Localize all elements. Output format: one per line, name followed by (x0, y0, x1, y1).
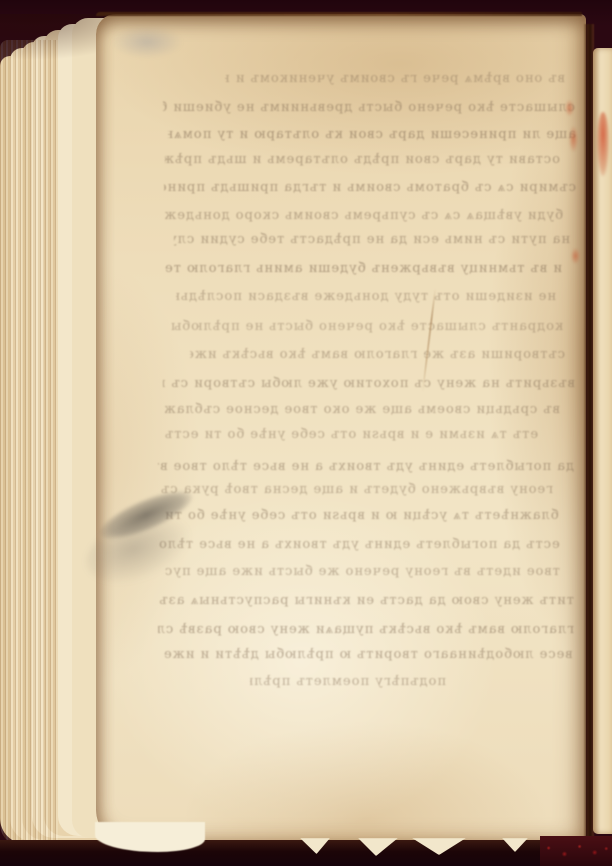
bleedthrough-line: титъ жену свою да дастъ еи кънигы распус… (154, 592, 574, 611)
red-bleed-spot (565, 100, 574, 116)
bleedthrough-line: сътвориши азъ же глаголю вамъ ѣко вьсѣкъ… (190, 347, 565, 366)
bleedthrough-line: да погыблетъ единъ удъ твоихъ а не вьсе … (158, 459, 574, 478)
bleedthrough-line: възьритъ на жену съ похотию уже любы сът… (163, 376, 575, 395)
bleedthrough-line: весе любодѣинааго творитъ ю прѣлюбы дѣѣт… (163, 647, 573, 666)
bleedthrough-line: и въ тьмницу въвьрженъ будеши аминь глаг… (164, 261, 562, 280)
bleedthrough-line: геону въврьжено будетъ и аще десна твоѣ … (160, 482, 553, 501)
bleedthrough-line: твое идетъ въ геону речено же бысть иже … (164, 564, 560, 583)
red-bleed-spot (569, 126, 578, 152)
bleedthrough-line: блажнѣетъ тѧ усѣци ю и врьѕи отъ себе ун… (164, 507, 559, 526)
bleedthrough-line: буди увѣщаѧ сѧ съ супьремь своимь скоро … (165, 207, 563, 226)
bleedthrough-line: подъпѣгу поемлетъ прѣлю (250, 674, 446, 693)
stamp-remnant (112, 26, 182, 58)
bleedthrough-line: слышасте ѣко речено бысть древьниимъ не … (163, 100, 575, 119)
bleedthrough-line: на пути съ нимь еси да не прѣдастъ тебе … (174, 232, 570, 251)
bleedthrough-line: глаголю вамъ ѣко вьсѣкъ пущаѧи жену свою… (158, 621, 574, 640)
bleedthrough-line: съмири сѧ съ братомь своимь и тъгда приш… (164, 179, 576, 198)
page-top-rim (96, 12, 582, 16)
bleedthrough-line: не изидеши отъ туду доньдеже въздаси пос… (176, 289, 556, 308)
binding-corner-red (540, 836, 612, 866)
bleedthrough-line: остави ту даръ свои прѣдъ олътаремь и шь… (165, 152, 560, 171)
bleedthrough-line: аще ли принесеши даръ свои къ олътарю и … (168, 126, 576, 145)
red-bleed-spot (571, 248, 580, 264)
bleedthrough-line: етъ тѧ изьми е и врьѕи отъ себе унѣе бо … (164, 426, 538, 445)
red-ink-mark (597, 112, 609, 176)
bleedthrough-line: въ срьдьци своемь аще же око твое десное… (165, 402, 560, 421)
bleedthrough-line: естъ да погыблетъ единъ удъ твоихъ а не … (158, 537, 560, 556)
bleedthrough-line: кодрантъ слышасте ѣко речено бысть не пр… (170, 319, 563, 338)
page-edge-striations (0, 40, 58, 846)
facing-page-edge (593, 48, 612, 834)
bleedthrough-line: въ оно врѣмѧ рече гъ своимъ ученикомъ и … (225, 70, 565, 89)
codex-photograph: въ оно врѣмѧ рече гъ своимъ ученикомъ и … (0, 0, 612, 866)
